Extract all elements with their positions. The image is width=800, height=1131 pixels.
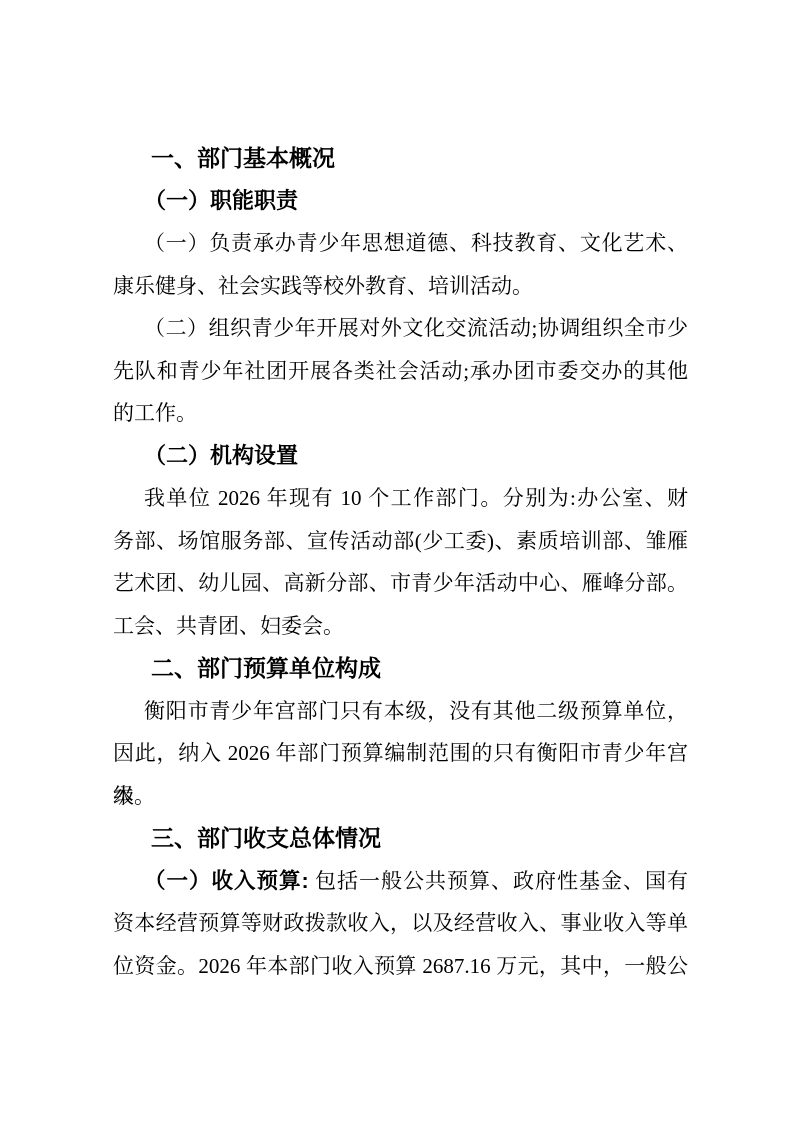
paragraph-line: 康乐健身、社会实践等校外教育、培训活动。 xyxy=(113,265,688,308)
paragraph-line: 位资金。2026 年本部门收入预算 2687.16 万元，其中，一般公 xyxy=(113,945,688,988)
paragraph-text: 包括一般公共预算、政府性基金、国有 xyxy=(309,869,688,893)
section-heading: （二）机构设置 xyxy=(113,435,688,478)
paragraph-line: （一）收入预算: 包括一般公共预算、政府性基金、国有 xyxy=(113,860,688,903)
section-heading: 三、部门收支总体情况 xyxy=(113,817,688,860)
paragraph-line: 艺术团、幼儿园、高新分部、市青少年活动中心、雁峰分部。 xyxy=(113,562,688,605)
paragraph-line: 我单位 2026 年现有 10 个工作部门。分别为:办公室、财 xyxy=(113,477,688,520)
section-heading: 一、部门基本概况 xyxy=(113,137,688,180)
paragraph-line: 工会、共青团、妇委会。 xyxy=(113,605,688,648)
paragraph-line: 的工作。 xyxy=(113,392,688,435)
paragraph-line: 衡阳市青少年宫部门只有本级，没有其他二级预算单位， xyxy=(113,690,688,733)
section-heading: （一）职能职责 xyxy=(113,180,688,223)
paragraph-line: 务部、场馆服务部、宣传活动部(少工委)、素质培训部、雏雁 xyxy=(113,520,688,563)
paragraph-line: 级。 xyxy=(113,775,688,818)
paragraph-lead-label: （一）收入预算: xyxy=(144,869,309,893)
paragraph-line: （一）负责承办青少年思想道德、科技教育、文化艺术、 xyxy=(113,222,688,265)
paragraph-line: 资本经营预算等财政拨款收入，以及经营收入、事业收入等单 xyxy=(113,902,688,945)
paragraph-line: （二）组织青少年开展对外文化交流活动;协调组织全市少 xyxy=(113,307,688,350)
document-body: 一、部门基本概况（一）职能职责（一）负责承办青少年思想道德、科技教育、文化艺术、… xyxy=(113,137,688,987)
document-page: 一、部门基本概况（一）职能职责（一）负责承办青少年思想道德、科技教育、文化艺术、… xyxy=(0,0,800,1131)
paragraph-line: 因此，纳入 2026 年部门预算编制范围的只有衡阳市青少年宫本 xyxy=(113,732,688,775)
section-heading: 二、部门预算单位构成 xyxy=(113,647,688,690)
paragraph-line: 先队和青少年社团开展各类社会活动;承办团市委交办的其他 xyxy=(113,350,688,393)
